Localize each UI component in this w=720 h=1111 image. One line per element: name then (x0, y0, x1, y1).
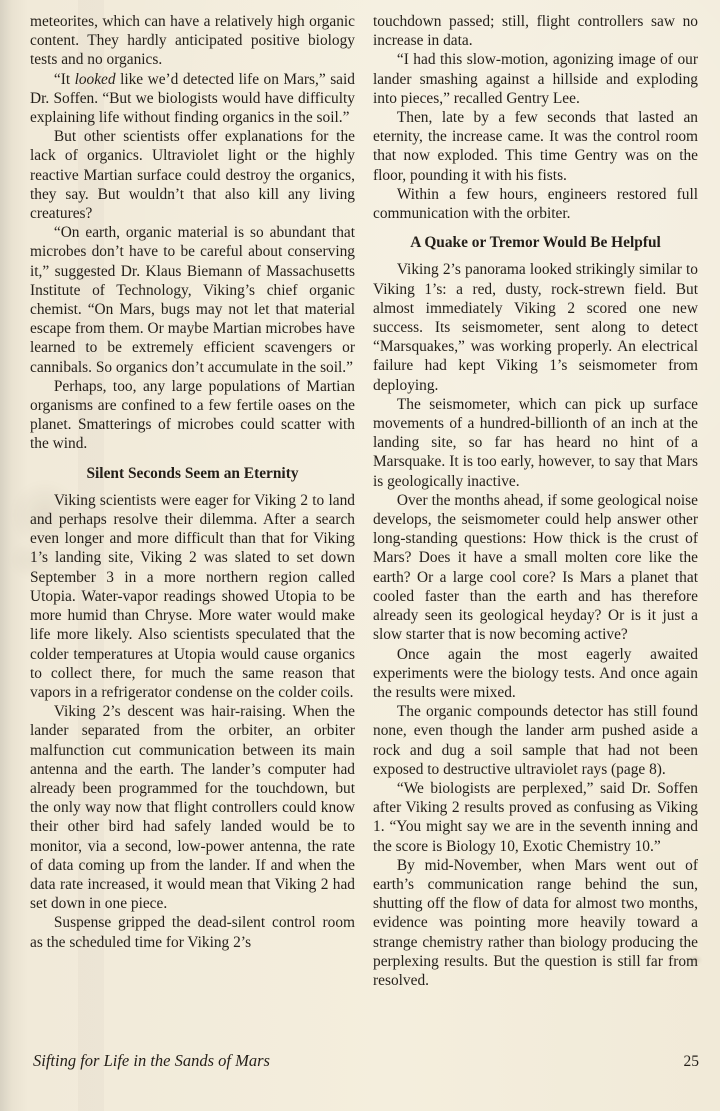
two-column-text-block: meteorites, which can have a relatively … (30, 12, 698, 1046)
paragraph: Within a few hours, engineers restored f… (373, 185, 698, 223)
paragraph: Viking 2’s panorama looked strikingly si… (373, 260, 698, 394)
running-footer-title: Sifting for Life in the Sands of Mars (33, 1051, 270, 1071)
paragraph: meteorites, which can have a relatively … (30, 12, 355, 70)
paragraph: The seismometer, which can pick up surfa… (373, 395, 698, 491)
section-heading: Silent Seconds Seem an Eternity (30, 464, 355, 483)
paragraph: By mid-November, when Mars went out of e… (373, 856, 698, 990)
paragraph: Once again the most eagerly awaited expe… (373, 645, 698, 703)
scanned-book-page: meteorites, which can have a relatively … (0, 0, 720, 1111)
paragraph: Over the months ahead, if some geologica… (373, 491, 698, 645)
right-column: touchdown passed; still, flight controll… (373, 12, 698, 1046)
paragraph: “On earth, organic material is so abunda… (30, 223, 355, 377)
paragraph: touchdown passed; still, flight controll… (373, 12, 698, 50)
paragraph: Perhaps, too, any large populations of M… (30, 377, 355, 454)
page-footer: Sifting for Life in the Sands of Mars 25 (33, 1051, 699, 1071)
paragraph: The organic compounds detector has still… (373, 702, 698, 779)
paragraph: Suspense gripped the dead-silent control… (30, 913, 355, 951)
page-number: 25 (684, 1053, 700, 1071)
paragraph: Then, late by a few seconds that lasted … (373, 108, 698, 185)
paragraph: “We biologists are perplexed,” said Dr. … (373, 779, 698, 856)
section-heading: A Quake or Tremor Would Be Helpful (373, 233, 698, 252)
paragraph: Viking scientists were eager for Viking … (30, 491, 355, 702)
paragraph: “It looked like we’d detected life on Ma… (30, 70, 355, 128)
paragraph: But other scientists offer explanations … (30, 127, 355, 223)
left-column: meteorites, which can have a relatively … (30, 12, 355, 1046)
paragraph: Viking 2’s descent was hair-raising. Whe… (30, 702, 355, 913)
paragraph: “I had this slow-motion, agonizing image… (373, 50, 698, 108)
